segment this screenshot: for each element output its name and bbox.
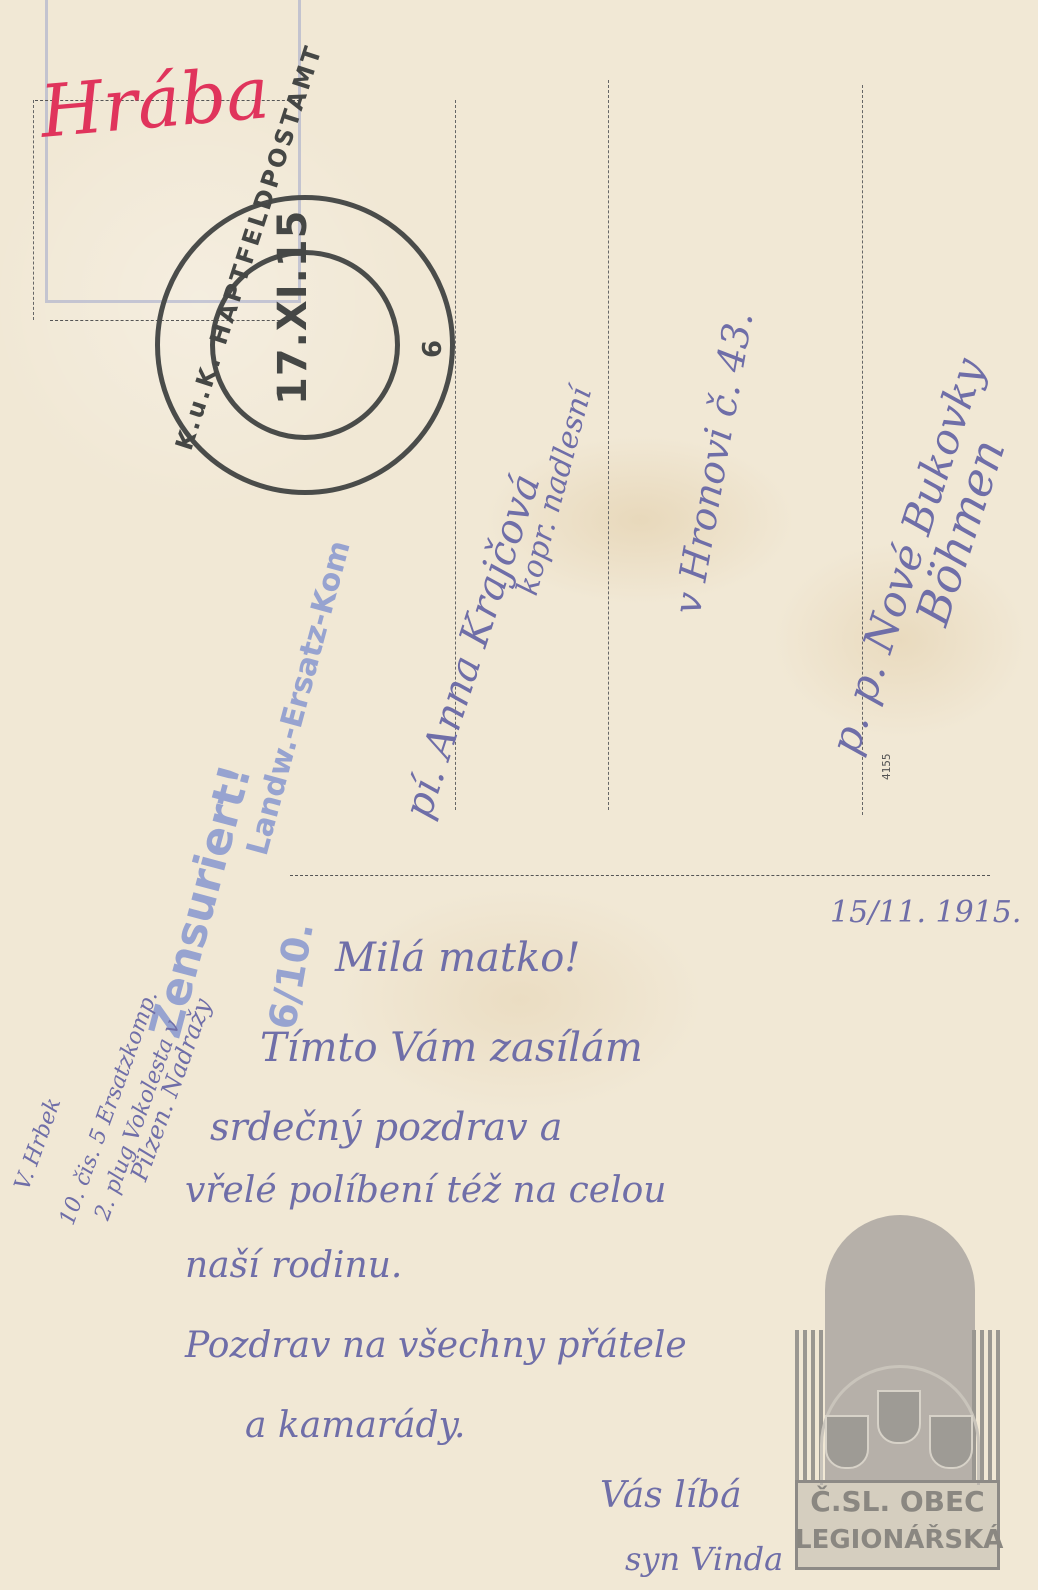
message-greeting: Milá matko! bbox=[335, 935, 580, 981]
message-line: Pozdrav na všechny přátele bbox=[185, 1325, 687, 1366]
coat-of-arms-icon bbox=[929, 1415, 973, 1469]
message-line: vřelé políbení též na celou bbox=[185, 1170, 666, 1211]
message-line: srdečný pozdrav a bbox=[210, 1105, 562, 1149]
message-line: a kamarády. bbox=[245, 1405, 466, 1446]
message-date: 15/11. 1915. bbox=[830, 895, 1021, 930]
logo-text-line2: LEGIONÁŘSKÁ bbox=[795, 1525, 1000, 1555]
censor-stamp-unit: Landw.-Ersatz-Kom bbox=[240, 537, 358, 859]
address-line-3: v Hronovi č. 43. bbox=[665, 308, 762, 618]
coat-of-arms-icon bbox=[825, 1415, 869, 1469]
address-line-1: pí. Anna Krajčová bbox=[395, 469, 550, 825]
message-signature: syn Vinda bbox=[625, 1540, 783, 1578]
publisher-number: 4155 bbox=[880, 754, 893, 781]
censor-stamp-number: 6/10. bbox=[260, 919, 322, 1033]
postcard-back: Hrába K.u.K. HAPTFELDPOSTAMT 17.XI.15 9 … bbox=[0, 0, 1038, 1590]
address-line bbox=[608, 80, 609, 810]
coat-of-arms-icon bbox=[877, 1390, 921, 1444]
legion-society-logo: Č.SL. OBEC LEGIONÁŘSKÁ bbox=[795, 1215, 1000, 1570]
fasces-icon bbox=[795, 1330, 823, 1480]
postmark-ring-number: 9 bbox=[415, 340, 445, 361]
divider-line bbox=[290, 875, 990, 876]
message-line: naší rodinu. bbox=[185, 1245, 402, 1286]
message-signoff: Vás líbá bbox=[600, 1475, 742, 1516]
logo-text-line1: Č.SL. OBEC bbox=[795, 1485, 1000, 1518]
stamp-guide-line bbox=[33, 100, 34, 320]
message-line: Tímto Vám zasílám bbox=[260, 1025, 643, 1071]
postmark-date: 17.XI.15 bbox=[270, 210, 316, 405]
sender-line-1: V. Hrbek bbox=[10, 1095, 66, 1194]
